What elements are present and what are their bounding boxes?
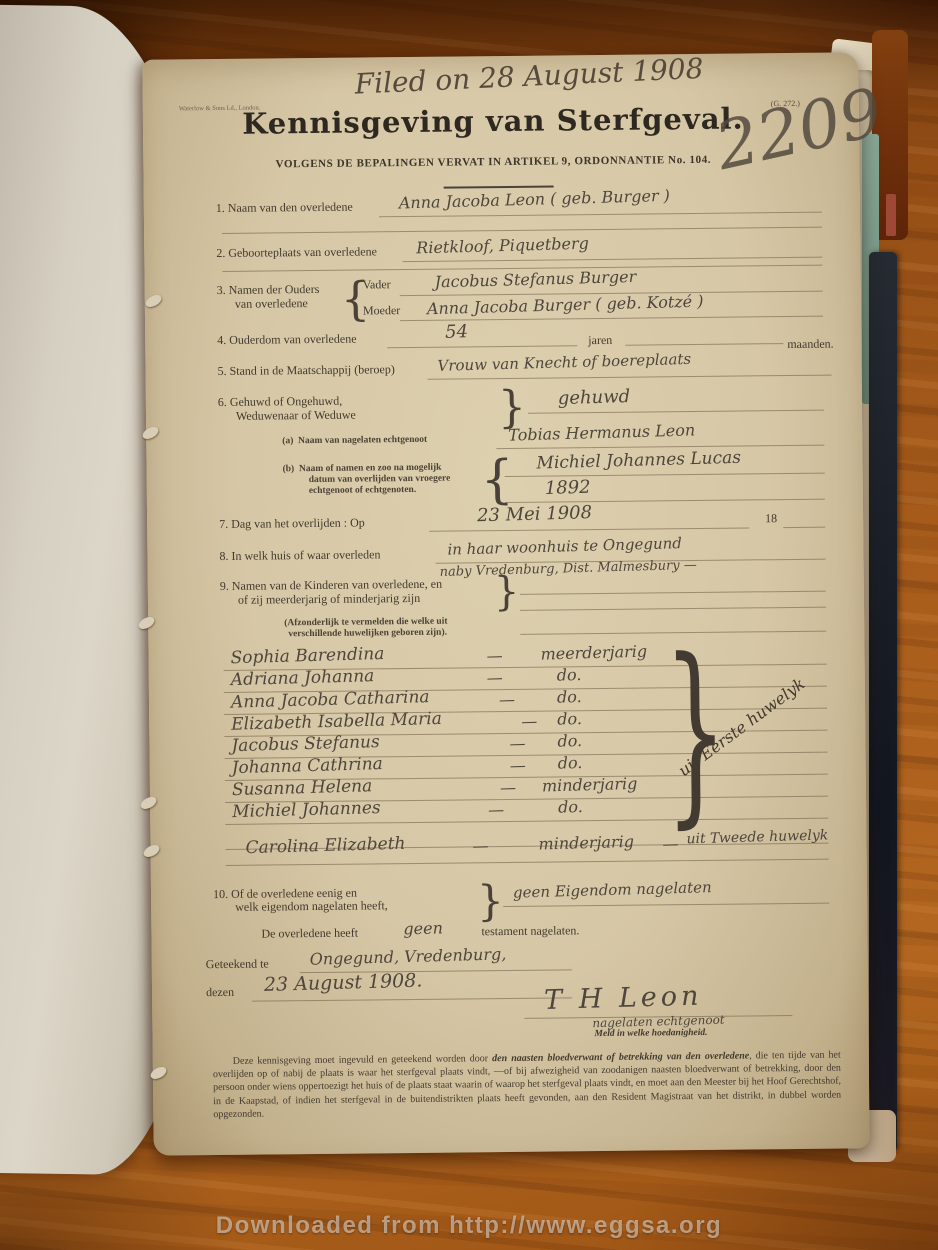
field9-brace: }	[494, 572, 520, 612]
field3-label-line2: van overledene	[235, 296, 308, 312]
field10-brace: }	[477, 880, 504, 922]
signed-dezen-value: 23 August 1908.	[264, 970, 423, 996]
child-sep: —	[472, 836, 489, 855]
instructions-intro: Deze kennisgeving moet ingevuld en getee…	[233, 1053, 492, 1067]
field1-value: Anna Jacoba Leon ( geb. Burger )	[399, 186, 671, 213]
child-name: Adriana Johanna	[231, 666, 375, 690]
child-status: do.	[558, 797, 583, 817]
child-sep: —	[500, 778, 517, 797]
field6b-value-line1: Michiel Johannes Lucas	[536, 448, 741, 474]
rule-line	[528, 410, 824, 414]
testament-hw: geen	[403, 918, 443, 938]
vader-label: Vader	[363, 277, 391, 292]
field6-value: gehuwd	[558, 386, 631, 409]
signed-te-label: Geteekend te	[206, 957, 269, 973]
rule-line	[625, 343, 783, 346]
field10-label-line2: welk eigendom nagelaten heeft,	[235, 898, 388, 915]
field4-value: 54	[445, 321, 468, 343]
child-name: Sophia Barendina	[230, 644, 384, 668]
field8-label: 8. In welk huis of waar overleden	[219, 547, 380, 564]
moeder-value: Anna Jacoba Burger ( geb. Kotzé )	[427, 292, 704, 319]
field9-note-line2: verschillende huwelijken geboren zijn).	[288, 628, 447, 640]
rule-line	[503, 903, 829, 907]
field8-value-line2: naby Vredenburg, Dist. Malmesbury —	[439, 558, 696, 580]
child-sep: —	[499, 690, 516, 709]
field6-brace: }	[498, 386, 526, 430]
capacity-printed: Meld in welke hoedanigheid.	[594, 1028, 707, 1039]
field4-label: 4. Ouderdom van overledene	[217, 332, 356, 348]
child-status: do.	[556, 665, 581, 685]
field7-year-prefix: 18	[765, 511, 777, 526]
child-sep: —	[487, 668, 504, 687]
child-name: Johanna Cathrina	[231, 754, 383, 778]
child-sep: —	[509, 756, 526, 775]
moeder-label: Moeder	[363, 303, 400, 318]
rule-line	[520, 591, 826, 595]
signed-dezen-label: dezen	[206, 985, 234, 1000]
child-status: do.	[557, 731, 582, 751]
maanden-label: maanden.	[787, 337, 833, 352]
rule-line	[222, 227, 822, 234]
field6a-label: (a) Naam van nagelaten echtgenoot	[282, 435, 427, 447]
field5-label: 5. Stand in de Maatschappij (beroep)	[217, 362, 394, 379]
rule-line	[379, 212, 822, 218]
child-name: Michiel Johannes	[232, 798, 381, 822]
field8-value-line1: in haar woonhuis te Ongegund	[447, 534, 682, 559]
watermark-footer: Downloaded from http://www.eggsa.org	[0, 1212, 938, 1240]
rule-line	[520, 607, 826, 611]
field6b-value-line2: 1892	[545, 477, 591, 499]
child-status: do.	[557, 753, 582, 773]
field9-label-line2: of zij meerderjarig of minderjarig zijn	[238, 591, 420, 608]
testament-prefix: De overledene heeft	[261, 926, 358, 942]
child-name: Anna Jacoba Catharina	[231, 687, 430, 713]
child-name: Susanna Helena	[232, 776, 373, 800]
rule-line	[252, 997, 572, 1001]
red-tab	[886, 194, 896, 236]
field6b-label-line1: (b) Naam of namen en zoo na mogelijk	[283, 463, 442, 475]
dark-cover-board	[869, 252, 897, 1152]
rule-line	[387, 345, 577, 348]
rule-line	[402, 257, 822, 262]
child-sep: —	[509, 734, 526, 753]
signed-te-value: Ongegund, Vredenburg,	[309, 944, 506, 968]
child-name: Jacobus Stefanus	[231, 732, 380, 756]
vader-value: Jacobus Stefanus Burger	[434, 267, 636, 292]
rule-line	[428, 375, 832, 380]
child-sep: —	[486, 646, 503, 665]
field9-note-line1: (Afzonderlijk te vermelden die welke uit	[284, 617, 447, 629]
testament-suffix: testament nagelaten.	[481, 923, 579, 939]
instructions-paragraph: Deze kennisgeving moet ingevuld en getee…	[213, 1049, 842, 1122]
rule-line	[496, 445, 824, 449]
rule-line	[505, 473, 825, 477]
child-status: do.	[557, 687, 582, 707]
field6-label-line2: Weduwenaar of Weduwe	[236, 408, 356, 424]
field6b-brace: {	[480, 454, 514, 506]
field6a-value: Tobias Hermanus Leon	[508, 420, 695, 444]
rule-line	[429, 527, 749, 531]
signature: T H Leon	[544, 981, 703, 1016]
header-divider	[444, 185, 554, 188]
child-sep: —	[662, 834, 679, 853]
field6b-label-line3: echtgenoot of echtgenoten.	[309, 485, 416, 496]
child-status: do.	[557, 709, 582, 729]
instructions-emphasis: den naasten bloedverwant of betrekking v…	[492, 1050, 749, 1064]
field10-value: geen Eigendom nagelaten	[513, 878, 712, 902]
field2-label: 2. Geboorteplaats van overledene	[216, 244, 377, 261]
child-status: minderjarig	[542, 774, 638, 796]
child-sep: —	[521, 712, 538, 731]
rule-line	[783, 527, 825, 528]
field6b-label-line2: datum van overlijden van vroegere	[309, 474, 451, 485]
child-status: meerderjarig	[540, 642, 647, 664]
field2-value: Rietkloof, Piquetberg	[416, 234, 589, 258]
child-name: Carolina Elizabeth	[245, 834, 405, 858]
field7-value: 23 Mei 1908	[477, 502, 593, 526]
jaren-label: jaren	[588, 333, 612, 348]
filed-annotation: Filed on 28 August 1908	[354, 52, 704, 101]
rule-line	[226, 859, 829, 866]
photo-canvas: Filed on 28 August 1908 Waterlow & Sons …	[0, 0, 938, 1250]
field7-label: 7. Dag van het overlijden : Op	[219, 515, 365, 532]
field1-label: 1. Naam van den overledene	[216, 200, 353, 216]
document-page: Filed on 28 August 1908 Waterlow & Sons …	[142, 52, 869, 1155]
second-marriage-note: uit Tweede huwelyk	[686, 827, 828, 847]
child-sep: —	[488, 800, 505, 819]
child-status: minderjarig	[538, 832, 634, 854]
field5-value: Vrouw van Knecht of boereplaats	[437, 350, 691, 375]
